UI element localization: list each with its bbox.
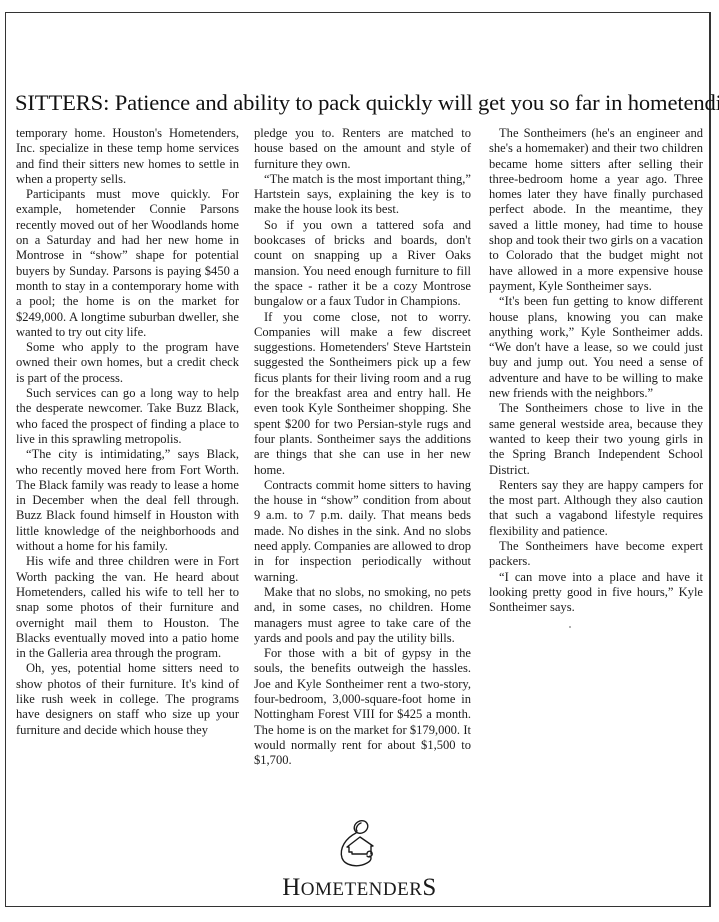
paragraph: pledge you to. Renters are matched to ho… [254,126,471,172]
paragraph: “I can move into a place and have it loo… [489,570,703,616]
paragraph: So if you own a tattered sofa and bookca… [254,218,471,310]
column-3: The Sontheimers (he's an engineer and sh… [489,126,703,616]
paragraph: If you come close, not to worry. Compani… [254,310,471,478]
paragraph: Make that no slobs, no smoking, no pets … [254,585,471,646]
paragraph: The Sontheimers (he's an engineer and sh… [489,126,703,294]
logo-final: S [422,874,436,901]
hometenders-logo-text: HOMETENDERS [0,874,719,902]
paragraph: “It's been fun getting to know different… [489,294,703,401]
paragraph: For those with a bit of gypsy in the sou… [254,646,471,768]
paragraph: Contracts commit home sitters to having … [254,478,471,585]
column-1: temporary home. Houston's Hometenders, I… [16,126,239,738]
logo-middle: OMETENDER [301,879,423,900]
headline: SITTERS: Patience and ability to pack qu… [15,88,705,118]
paragraph: “The match is the most important thing,”… [254,172,471,218]
paragraph: The Sontheimers chose to live in the sam… [489,401,703,477]
paragraph: Some who apply to the program have owned… [16,340,239,386]
column-2: pledge you to. Renters are matched to ho… [254,126,471,768]
paragraph: Participants must move quickly. For exam… [16,187,239,340]
paragraph: Oh, yes, potential home sitters need to … [16,661,239,737]
paragraph: Renters say they are happy campers for t… [489,478,703,539]
person-embracing-house-icon [334,818,380,870]
logo-initial: H [282,874,301,901]
paragraph: temporary home. Houston's Hometenders, I… [16,126,239,187]
paragraph: “The city is intimidating,” says Black, … [16,447,239,554]
paragraph: His wife and three children were in Fort… [16,554,239,661]
paragraph: Such services can go a long way to help … [16,386,239,447]
paragraph: The Sontheimers have become expert packe… [489,539,703,570]
scan-speck [569,626,571,628]
